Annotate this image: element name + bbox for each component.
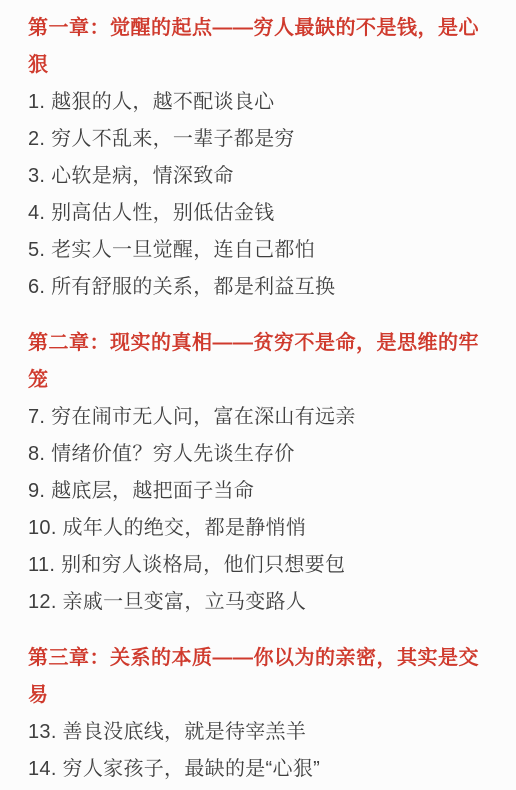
document-page: 第一章：觉醒的起点——穷人最缺的不是钱，是心狠 1. 越狠的人，越不配谈良心 2… (0, 0, 516, 790)
toc-item: 6. 所有舒服的关系，都是利益互换 (28, 269, 480, 306)
toc-item: 8. 情绪价值？穷人先谈生存价 (28, 436, 480, 473)
toc-item: 2. 穷人不乱来，一辈子都是穷 (28, 121, 480, 158)
toc-item: 4. 别高估人性，别低估金钱 (28, 195, 480, 232)
toc-item: 14. 穷人家孩子，最缺的是“心狠” (28, 751, 480, 788)
chapter-2-heading: 第二章：现实的真相——贫穷不是命，是思维的牢笼 (28, 325, 480, 399)
chapter-3-heading: 第三章：关系的本质——你以为的亲密，其实是交易 (28, 640, 480, 714)
toc-item: 12. 亲戚一旦变富，立马变路人 (28, 584, 480, 621)
toc-item: 1. 越狠的人，越不配谈良心 (28, 84, 480, 121)
toc-item: 5. 老实人一旦觉醒，连自己都怕 (28, 232, 480, 269)
toc-item: 7. 穷在闹市无人问，富在深山有远亲 (28, 399, 480, 436)
toc-item: 3. 心软是病，情深致命 (28, 158, 480, 195)
chapter-1-heading: 第一章：觉醒的起点——穷人最缺的不是钱，是心狠 (28, 10, 480, 84)
toc-item: 10. 成年人的绝交，都是静悄悄 (28, 510, 480, 547)
chapter-section-3: 第三章：关系的本质——你以为的亲密，其实是交易 13. 善良没底线，就是待宰羔羊… (28, 640, 480, 788)
toc-item: 13. 善良没底线，就是待宰羔羊 (28, 714, 480, 751)
toc-item: 11. 别和穷人谈格局，他们只想要包 (28, 547, 480, 584)
chapter-section-2: 第二章：现实的真相——贫穷不是命，是思维的牢笼 7. 穷在闹市无人问，富在深山有… (28, 325, 480, 621)
chapter-section-1: 第一章：觉醒的起点——穷人最缺的不是钱，是心狠 1. 越狠的人，越不配谈良心 2… (28, 10, 480, 306)
toc-item: 9. 越底层，越把面子当命 (28, 473, 480, 510)
